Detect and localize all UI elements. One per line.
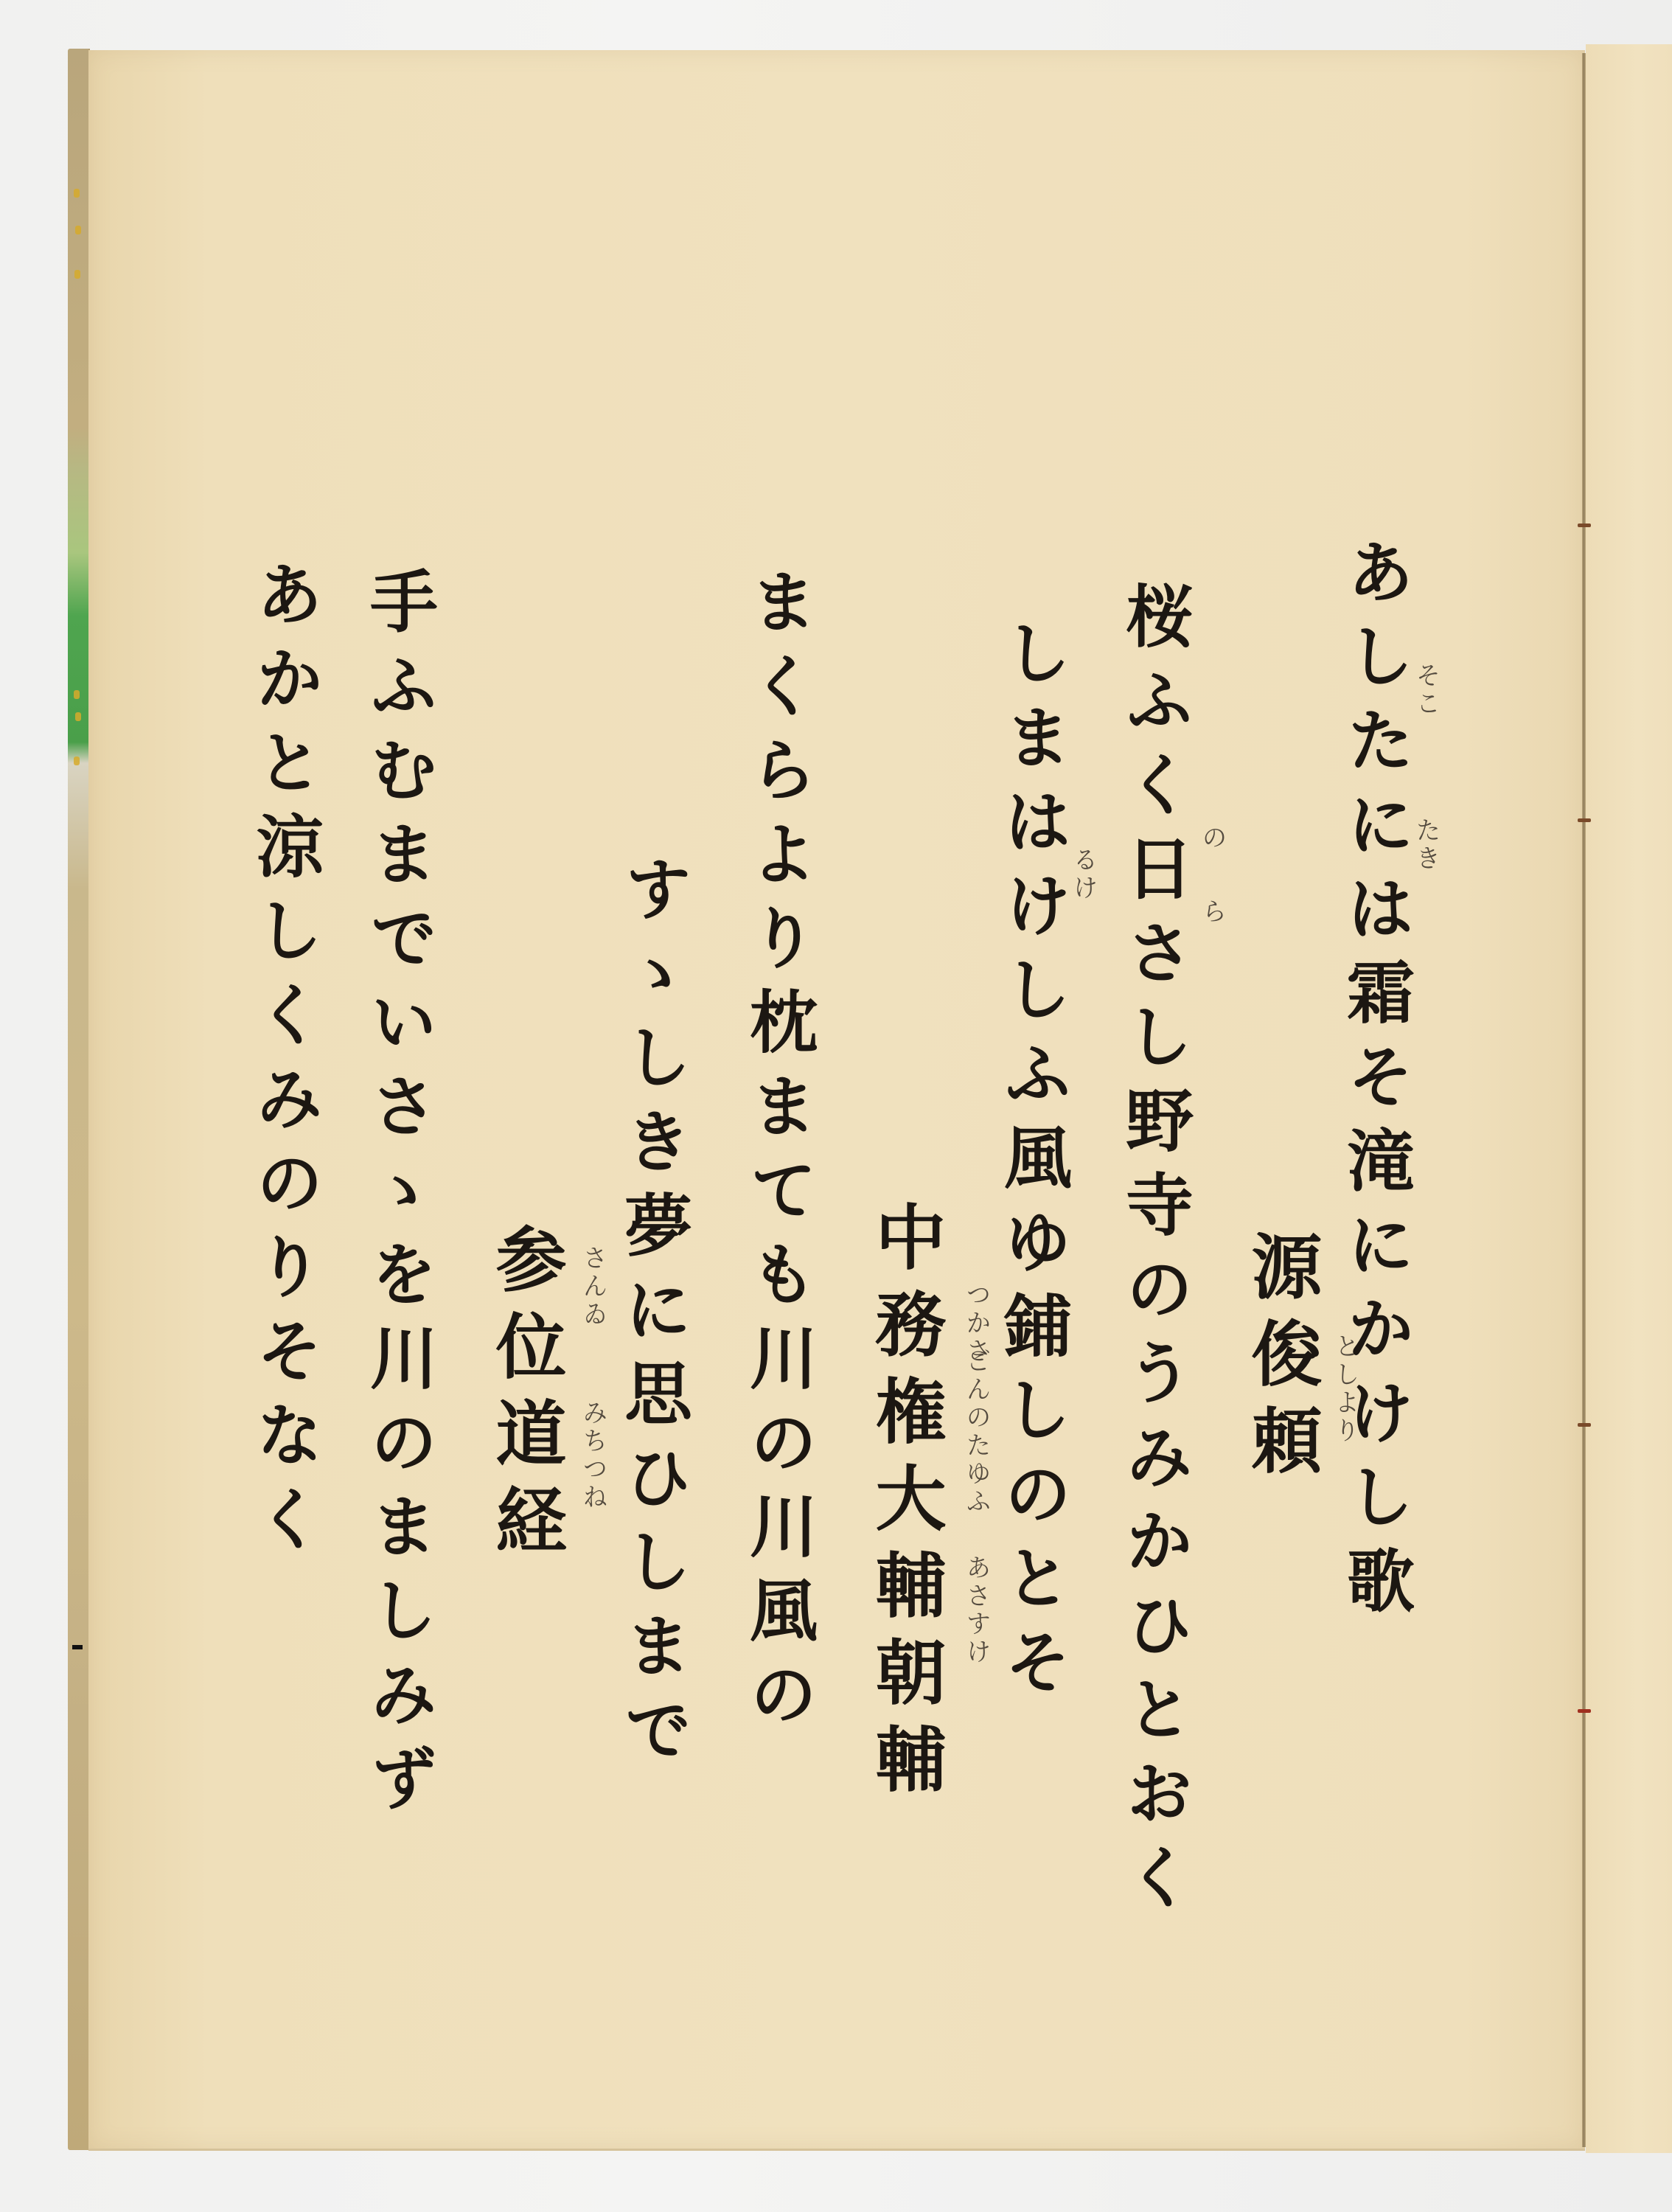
gold-leaf-fleck bbox=[74, 690, 80, 699]
book-cover-edge bbox=[68, 49, 90, 2150]
poem-line-1: あしたには霜そ滝にかけし歌 bbox=[1342, 537, 1410, 1630]
author-name: 源俊頼 bbox=[1246, 1230, 1317, 1491]
gold-leaf-fleck bbox=[74, 270, 80, 279]
gold-leaf-fleck bbox=[75, 712, 81, 721]
poem-line-10: あかと涼しくみのりそなく bbox=[251, 559, 318, 1568]
ruby-gloss: そこ bbox=[1408, 662, 1444, 718]
ruby-gloss: ごんのたゆふ bbox=[958, 1348, 995, 1516]
cover-tab-mark bbox=[72, 1645, 83, 1649]
ruby-gloss: たき bbox=[1408, 817, 1444, 873]
ruby-gloss: としより bbox=[1327, 1333, 1363, 1445]
manuscript-page-right-sliver bbox=[1586, 44, 1672, 2153]
poem-line-7: すゝしき夢に思ひしまで bbox=[619, 854, 687, 1778]
poem-line-4: しまはけしふ風ゆ鋪しのとそ bbox=[999, 618, 1067, 1711]
ruby-gloss: るけ bbox=[1065, 846, 1101, 902]
gold-leaf-fleck bbox=[74, 189, 80, 198]
gold-leaf-fleck bbox=[75, 226, 81, 234]
author-name: 中務権大輔朝輔 bbox=[870, 1200, 941, 1809]
poem-line-6: まくらより枕まても川の川風の bbox=[745, 566, 812, 1743]
ruby-gloss: の bbox=[1194, 824, 1230, 852]
gold-leaf-fleck bbox=[74, 757, 80, 765]
text-columns: あしたには霜そ滝にかけし歌 そこ たき 源俊頼 としより 桜ふく日さし野寺のうみ… bbox=[88, 50, 1585, 2149]
book-photo: あしたには霜そ滝にかけし歌 そこ たき 源俊頼 としより 桜ふく日さし野寺のうみ… bbox=[0, 0, 1672, 2212]
poem-line-9: 手ふむまでいさゝを川のましみず bbox=[365, 566, 433, 1827]
ruby-gloss: ら bbox=[1194, 898, 1230, 926]
poem-line-3: 桜ふく日さし野寺のうみかひとおく bbox=[1121, 581, 1188, 1926]
ruby-gloss: さんゐ bbox=[575, 1245, 611, 1329]
ruby-gloss: あさすけ bbox=[958, 1554, 995, 1666]
author-name: 参位道経 bbox=[490, 1222, 561, 1571]
ruby-gloss: みちつね bbox=[575, 1399, 611, 1512]
